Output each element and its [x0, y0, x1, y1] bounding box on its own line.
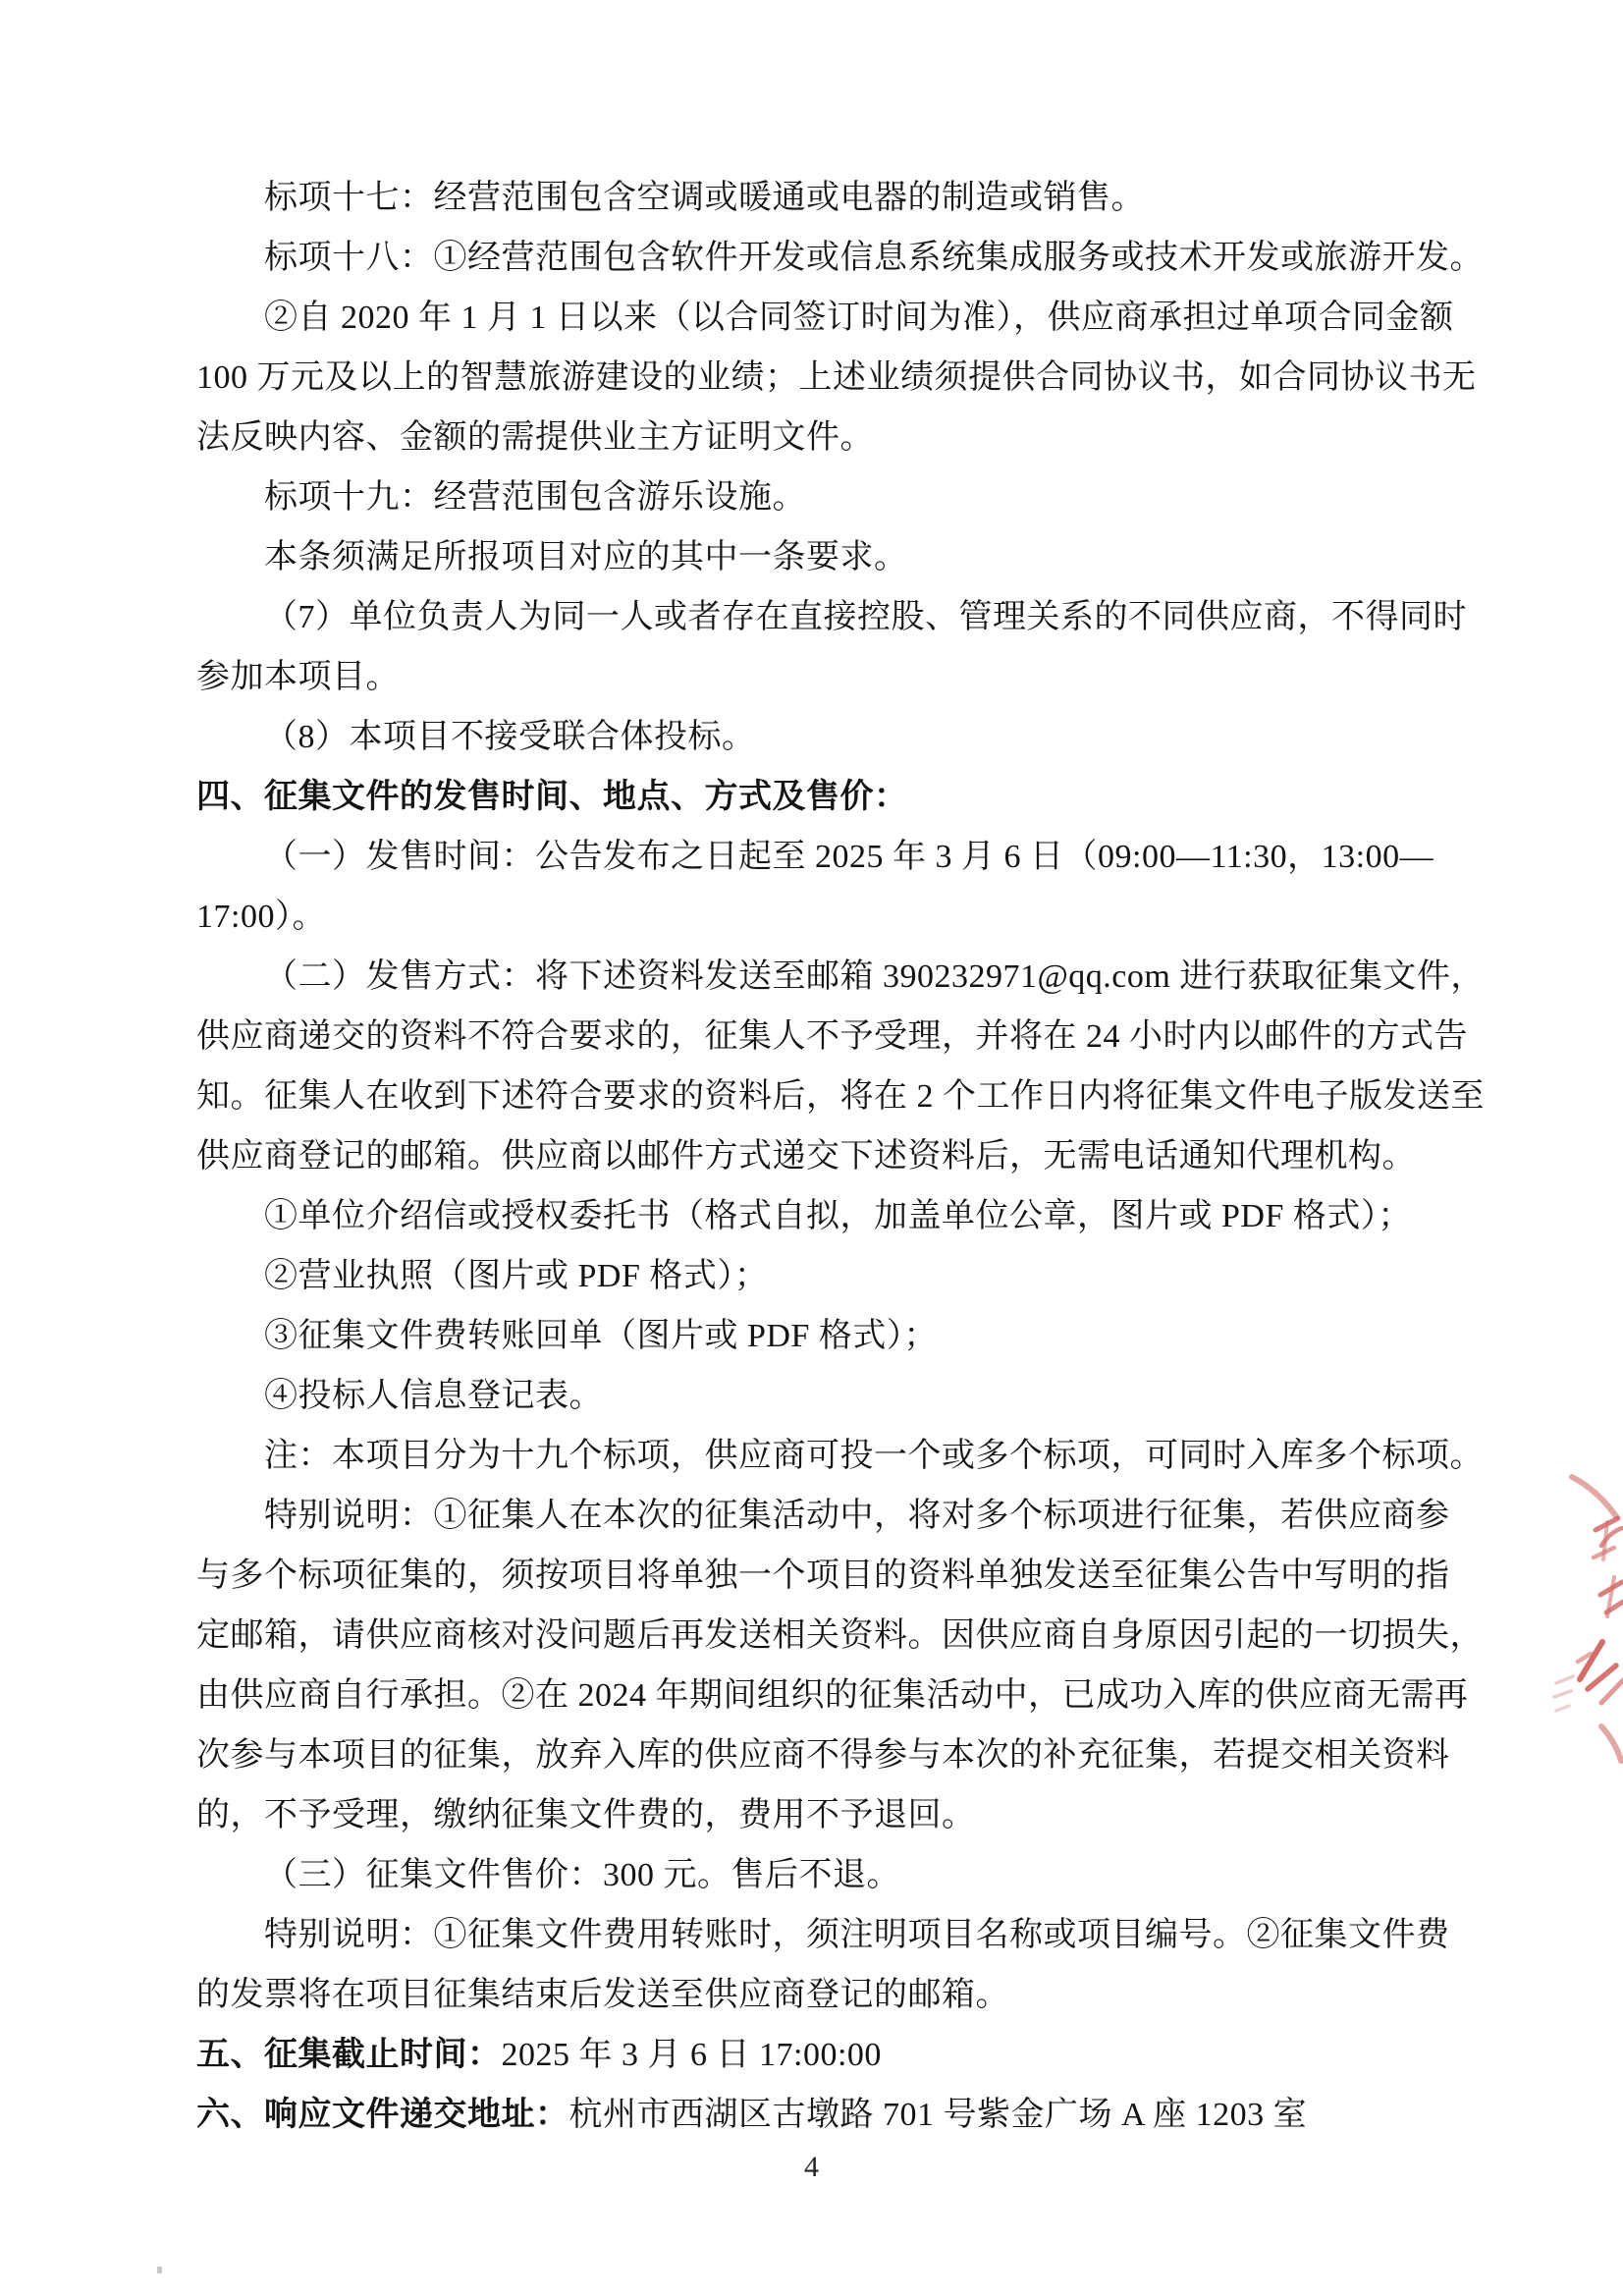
text-segment: 标项十九：经营范围包含游乐设施。: [264, 479, 806, 516]
text-line: 100 万元及以上的智慧旅游建设的业绩；上述业绩须提供合同协议书，如合同协议书无: [196, 348, 1478, 408]
text-line: 特别说明：①征集人在本次的征集活动中，将对多个标项进行征集，若供应商参: [196, 1486, 1478, 1546]
text-segment-bold: 四、征集文件的发售时间、地点、方式及售价：: [196, 779, 908, 815]
text-segment: 100 万元及以上的智慧旅游建设的业绩；上述业绩须提供合同协议书，如合同协议书无: [196, 359, 1477, 396]
text-segment: 特别说明：①征集人在本次的征集活动中，将对多个标项进行征集，若供应商参: [264, 1498, 1450, 1534]
text-segment: 定邮箱，请供应商核对没问题后再发送相关资料。因供应商自身原因引起的一切损失，: [196, 1617, 1484, 1654]
text-segment: 杭州市西湖区古墩路 701 号紫金广场 A 座 1203 室: [569, 2097, 1308, 2133]
text-segment: 本条须满足所报项目对应的其中一条要求。: [264, 539, 908, 575]
text-segment: 标项十八：①经营范围包含软件开发或信息系统集成服务或技术开发或旅游开发。: [264, 240, 1484, 276]
text-line: 定邮箱，请供应商核对没问题后再发送相关资料。因供应商自身原因引起的一切损失，: [196, 1606, 1478, 1666]
text-segment: 标项十七：经营范围包含空调或暖通或电器的制造或销售。: [264, 180, 1145, 216]
text-line: ③征集文件费转账回单（图片或 PDF 格式）；: [196, 1306, 1478, 1366]
text-segment: 次参与本项目的征集，放弃入库的供应商不得参与本次的补充征集，若提交相关资料: [196, 1737, 1450, 1774]
text-segment-bold: 五、征集截止时间：: [196, 2037, 502, 2073]
text-line: （二）发售方式：将下述资料发送至邮箱 390232971@qq.com 进行获取…: [196, 947, 1478, 1007]
text-line: 的，不予受理，缴纳征集文件费的，费用不予退回。: [196, 1785, 1478, 1845]
text-segment: 与多个标项征集的，须按项目将单独一个项目的资料单独发送至征集公告中写明的指: [196, 1558, 1450, 1594]
text-segment: 17:00）。: [196, 899, 326, 935]
text-segment: ①单位介绍信或授权委托书（格式自拟，加盖单位公章，图片或 PDF 格式）；: [264, 1198, 1412, 1234]
text-line: （7）单位负责人为同一人或者存在直接控股、管理关系的不同供应商，不得同时: [196, 587, 1478, 647]
text-line: 由供应商自行承担。②在 2024 年期间组织的征集活动中，已成功入库的供应商无需…: [196, 1666, 1478, 1725]
text-line: ①单位介绍信或授权委托书（格式自拟，加盖单位公章，图片或 PDF 格式）；: [196, 1186, 1478, 1246]
text-segment: 2025 年 3 月 6 日 17:00:00: [502, 2037, 882, 2073]
text-line: 供应商登记的邮箱。供应商以邮件方式递交下述资料后，无需电话通知代理机构。: [196, 1126, 1478, 1186]
text-segment: 由供应商自行承担。②在 2024 年期间组织的征集活动中，已成功入库的供应商无需…: [196, 1677, 1469, 1714]
text-line: 供应商递交的资料不符合要求的，征集人不予受理，并将在 24 小时内以邮件的方式告: [196, 1007, 1478, 1066]
text-line: ②营业执照（图片或 PDF 格式）；: [196, 1246, 1478, 1306]
text-line: 标项十九：经营范围包含游乐设施。: [196, 467, 1478, 527]
text-segment: 法反映内容、金额的需提供业主方证明文件。: [196, 419, 874, 456]
text-line: （三）征集文件售价：300 元。售后不退。: [196, 1845, 1478, 1905]
text-segment: （二）发售方式：将下述资料发送至邮箱 390232971@qq.com 进行获取…: [264, 958, 1485, 995]
page-number: 4: [0, 2151, 1623, 2184]
text-segment: ②自 2020 年 1 月 1 日以来（以合同签订时间为准），供应商承担过单项合…: [264, 300, 1454, 336]
text-segment: 供应商登记的邮箱。供应商以邮件方式递交下述资料后，无需电话通知代理机构。: [196, 1138, 1416, 1175]
text-segment-bold: 六、响应文件递交地址：: [196, 2097, 569, 2133]
text-line: 标项十八：①经营范围包含软件开发或信息系统集成服务或技术开发或旅游开发。: [196, 228, 1478, 288]
text-segment: 知。征集人在收到下述符合要求的资料后，将在 2 个工作日内将征集文件电子版发送至: [196, 1078, 1485, 1115]
text-line: 次参与本项目的征集，放弃入库的供应商不得参与本次的补充征集，若提交相关资料: [196, 1725, 1478, 1785]
text-line: 注：本项目分为十九个标项，供应商可投一个或多个标项，可同时入库多个标项。: [196, 1426, 1478, 1486]
text-line: 法反映内容、金额的需提供业主方证明文件。: [196, 408, 1478, 467]
text-segment: 特别说明：①征集文件费用转账时，须注明项目名称或项目编号。②征集文件费: [264, 1917, 1450, 1953]
text-line: 知。征集人在收到下述符合要求的资料后，将在 2 个工作日内将征集文件电子版发送至: [196, 1066, 1478, 1126]
text-line: （8）本项目不接受联合体投标。: [196, 707, 1478, 767]
text-segment: 供应商递交的资料不符合要求的，征集人不予受理，并将在 24 小时内以邮件的方式告: [196, 1018, 1468, 1055]
document-page: 标项十七：经营范围包含空调或暖通或电器的制造或销售。标项十八：①经营范围包含软件…: [0, 0, 1623, 2296]
document-lines: 标项十七：经营范围包含空调或暖通或电器的制造或销售。标项十八：①经营范围包含软件…: [196, 168, 1478, 2145]
text-line: 特别说明：①征集文件费用转账时，须注明项目名称或项目编号。②征集文件费: [196, 1905, 1478, 1965]
text-line: 参加本项目。: [196, 647, 1478, 707]
text-line: 17:00）。: [196, 887, 1478, 947]
red-seal-stamp-fragment: [1544, 1469, 1623, 1774]
text-segment: ②营业执照（图片或 PDF 格式）；: [264, 1258, 768, 1294]
text-segment: 参加本项目。: [196, 659, 400, 695]
text-line: ④投标人信息登记表。: [196, 1366, 1478, 1426]
text-line: 与多个标项征集的，须按项目将单独一个项目的资料单独发送至征集公告中写明的指: [196, 1546, 1478, 1606]
text-segment: 的，不予受理，缴纳征集文件费的，费用不予退回。: [196, 1797, 976, 1833]
text-segment: （三）征集文件售价：300 元。售后不退。: [264, 1857, 900, 1893]
text-line: 标项十七：经营范围包含空调或暖通或电器的制造或销售。: [196, 168, 1478, 228]
text-line: 六、响应文件递交地址：杭州市西湖区古墩路 701 号紫金广场 A 座 1203 …: [196, 2085, 1478, 2145]
text-segment: （一）发售时间：公告发布之日起至 2025 年 3 月 6 日（09:00—11…: [264, 839, 1434, 875]
text-line: （一）发售时间：公告发布之日起至 2025 年 3 月 6 日（09:00—11…: [196, 827, 1478, 887]
text-segment: （8）本项目不接受联合体投标。: [264, 719, 756, 755]
text-segment: 的发票将在项目征集结束后发送至供应商登记的邮箱。: [196, 1977, 1009, 2013]
text-segment: ③征集文件费转账回单（图片或 PDF 格式）；: [264, 1318, 938, 1354]
text-line: 四、征集文件的发售时间、地点、方式及售价：: [196, 767, 1478, 827]
text-line: 五、征集截止时间：2025 年 3 月 6 日 17:00:00: [196, 2025, 1478, 2085]
scan-artifact-speck: [157, 2267, 162, 2273]
text-segment: 注：本项目分为十九个标项，供应商可投一个或多个标项，可同时入库多个标项。: [264, 1438, 1484, 1474]
text-line: 的发票将在项目征集结束后发送至供应商登记的邮箱。: [196, 1965, 1478, 2025]
text-line: 本条须满足所报项目对应的其中一条要求。: [196, 527, 1478, 587]
text-segment: ④投标人信息登记表。: [264, 1378, 603, 1414]
text-segment: （7）单位负责人为同一人或者存在直接控股、管理关系的不同供应商，不得同时: [264, 599, 1467, 635]
text-line: ②自 2020 年 1 月 1 日以来（以合同签订时间为准），供应商承担过单项合…: [196, 288, 1478, 348]
